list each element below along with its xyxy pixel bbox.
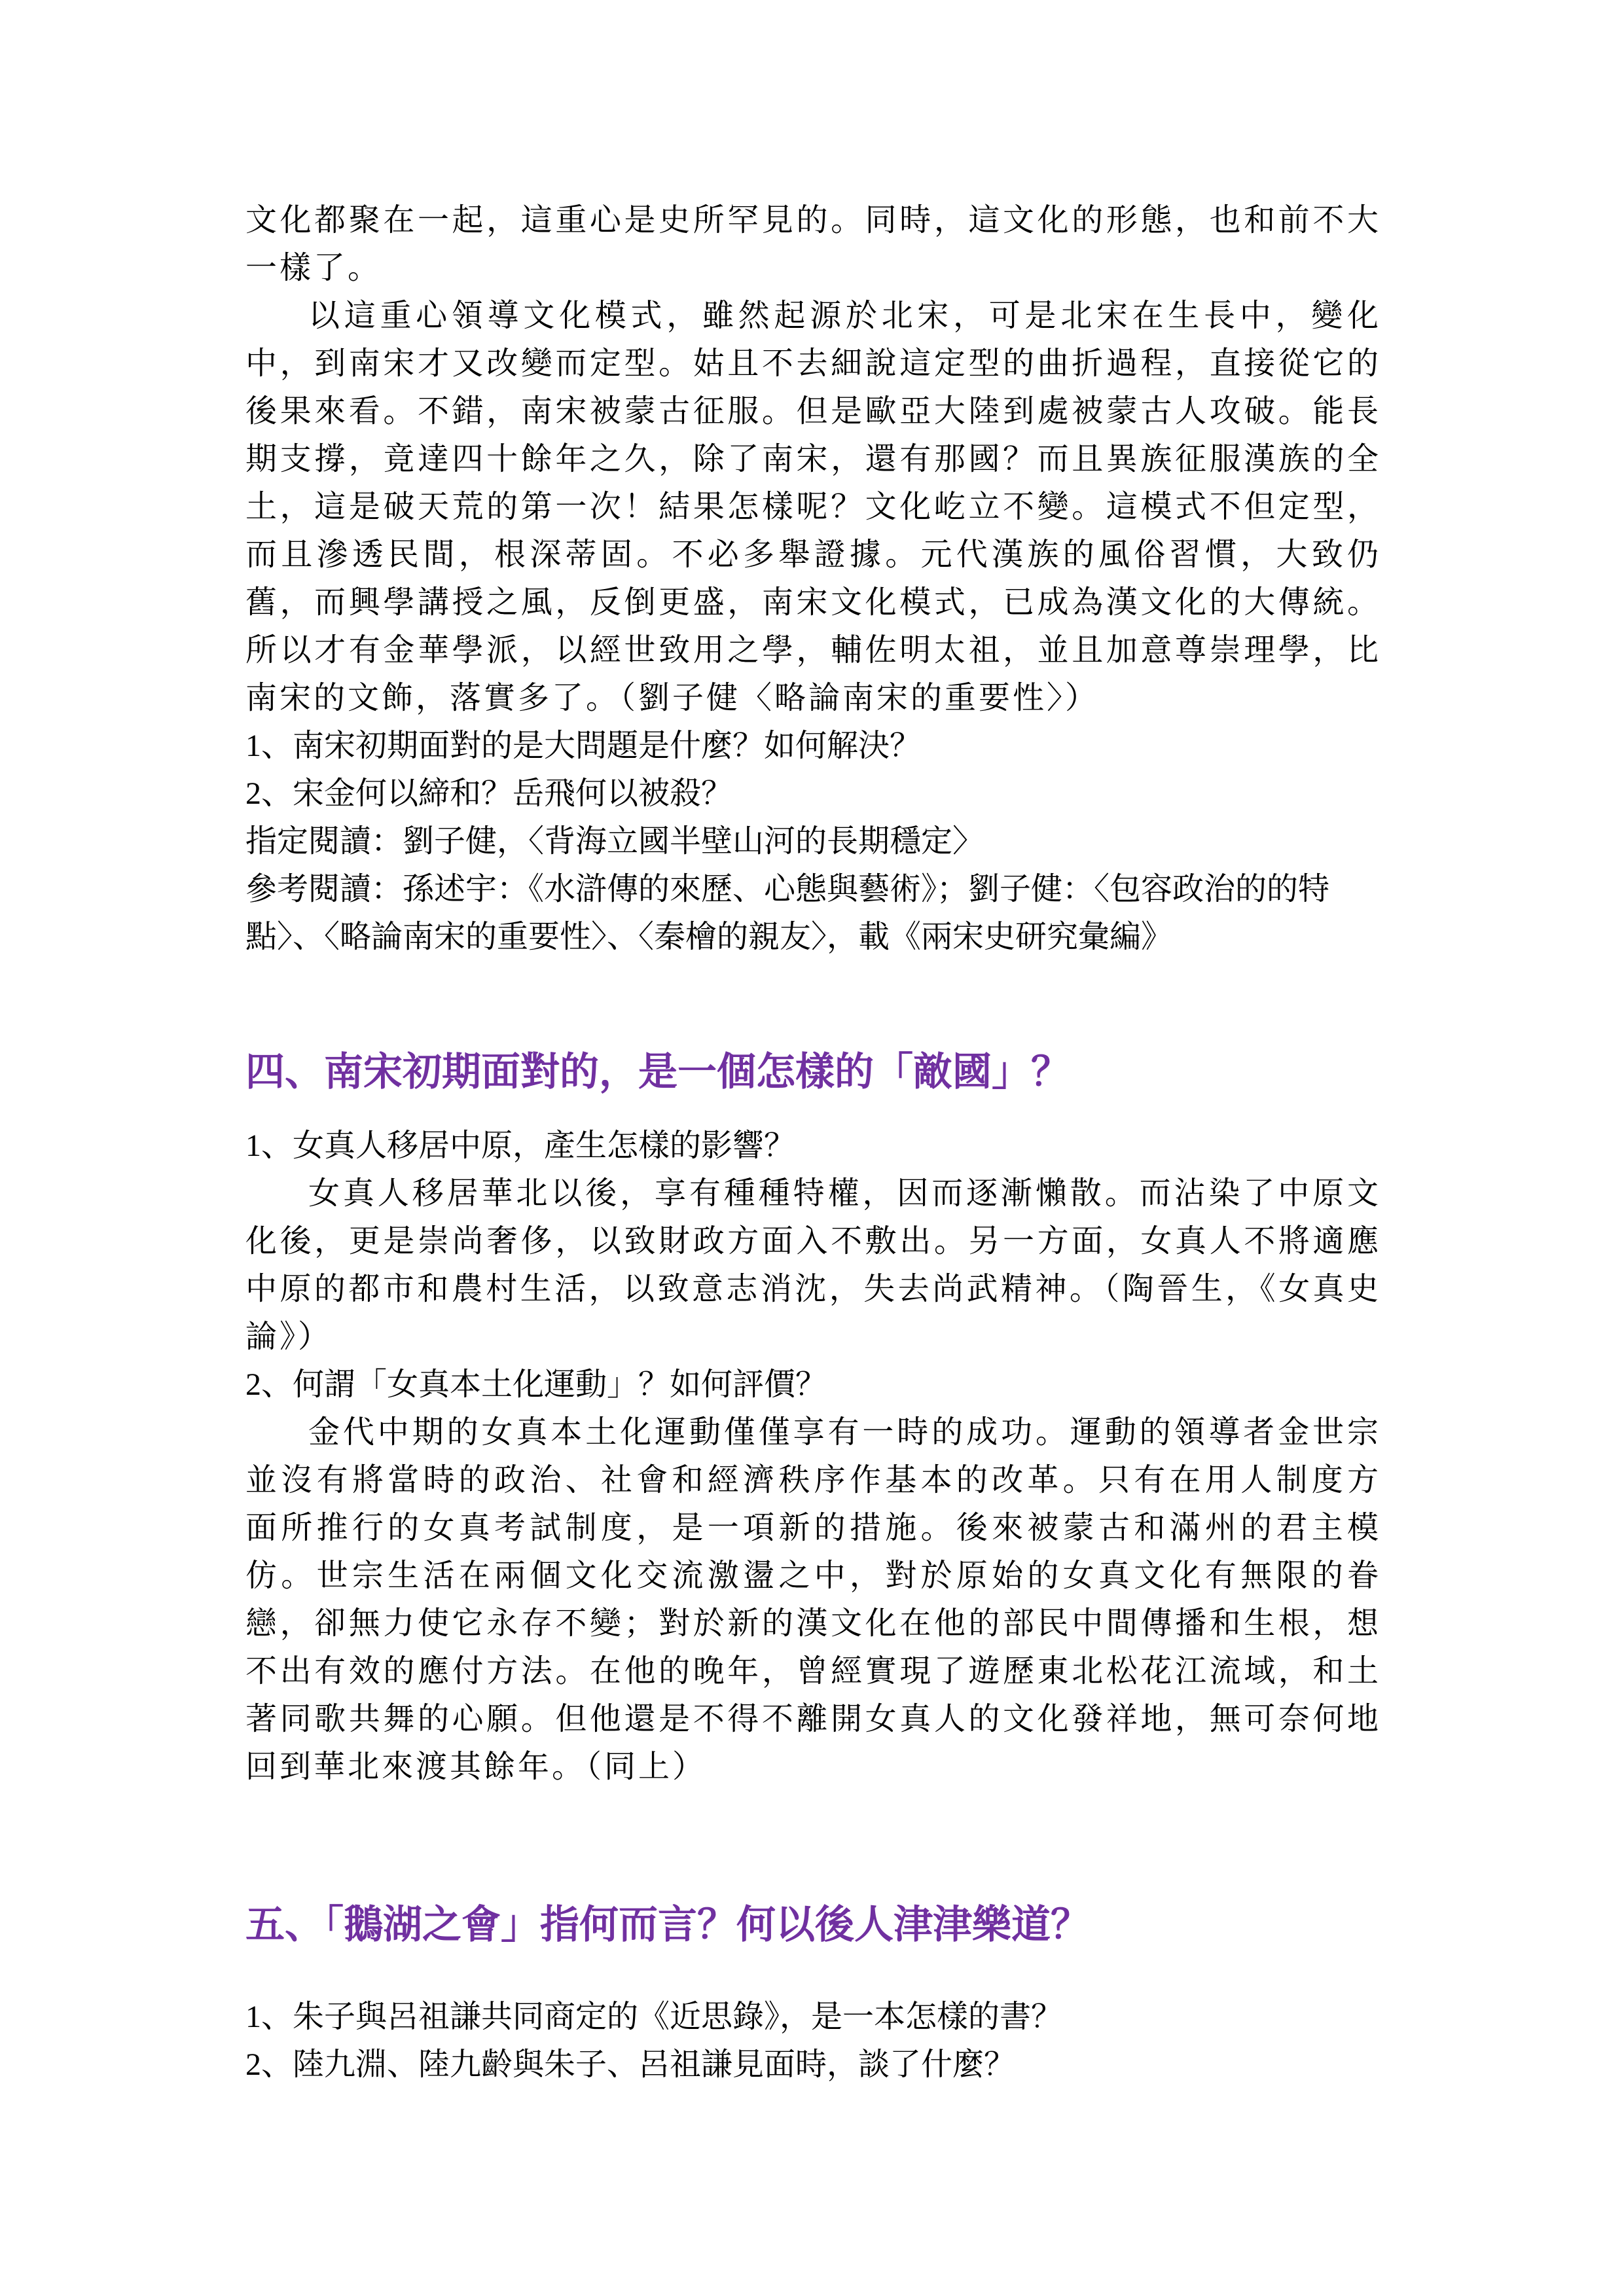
spacer <box>245 1791 1381 1899</box>
assigned-reading: 指定閱讀：劉子健，〈背海立國半壁山河的長期穩定〉 <box>245 817 1381 865</box>
question-item: 1、南宋初期面對的是大問題是什麼？如何解決？ <box>245 722 1381 770</box>
paragraph-quote-liu: 以這重心領導文化模式，雖然起源於北宋，可是北宋在生長中，變化中，到南宋才又改變而… <box>245 292 1381 722</box>
question-item: 2、宋金何以締和？岳飛何以被殺？ <box>245 770 1381 817</box>
question-item: 2、何謂「女真本土化運動」？如何評價？ <box>245 1361 1381 1408</box>
reference-reading: 參考閱讀：孫述宇：《水滸傳的來歷、心態與藝術》；劉子健：〈包容政治的的特點〉、〈… <box>245 865 1381 961</box>
section-heading-4: 四、南宋初期面對的，是一個怎樣的「敵國」？ <box>245 1046 1381 1098</box>
document-page: 文化都聚在一起，這重心是史所罕見的。同時，這文化的形態，也和前不大一樣了。 以這… <box>245 196 1381 2089</box>
paragraph-continued: 文化都聚在一起，這重心是史所罕見的。同時，這文化的形態，也和前不大一樣了。 <box>245 196 1381 292</box>
answer-paragraph: 金代中期的女真本土化運動僅僅享有一時的成功。運動的領導者金世宗並沒有將當時的政治… <box>245 1408 1381 1791</box>
spacer <box>245 1951 1381 1993</box>
answer-paragraph: 女真人移居華北以後，享有種種特權，因而逐漸懶散。而沾染了中原文化後，更是崇尚奢侈… <box>245 1170 1381 1361</box>
spacer <box>245 1098 1381 1122</box>
spacer <box>245 961 1381 1046</box>
question-item: 2、陸九淵、陸九齡與朱子、呂祖謙見面時，談了什麼？ <box>245 2041 1381 2089</box>
section-heading-5: 五、「鵝湖之會」指何而言？何以後人津津樂道？ <box>245 1899 1381 1951</box>
question-item: 1、女真人移居中原，產生怎樣的影響？ <box>245 1122 1381 1170</box>
question-item: 1、朱子與呂祖謙共同商定的《近思錄》，是一本怎樣的書？ <box>245 1993 1381 2041</box>
